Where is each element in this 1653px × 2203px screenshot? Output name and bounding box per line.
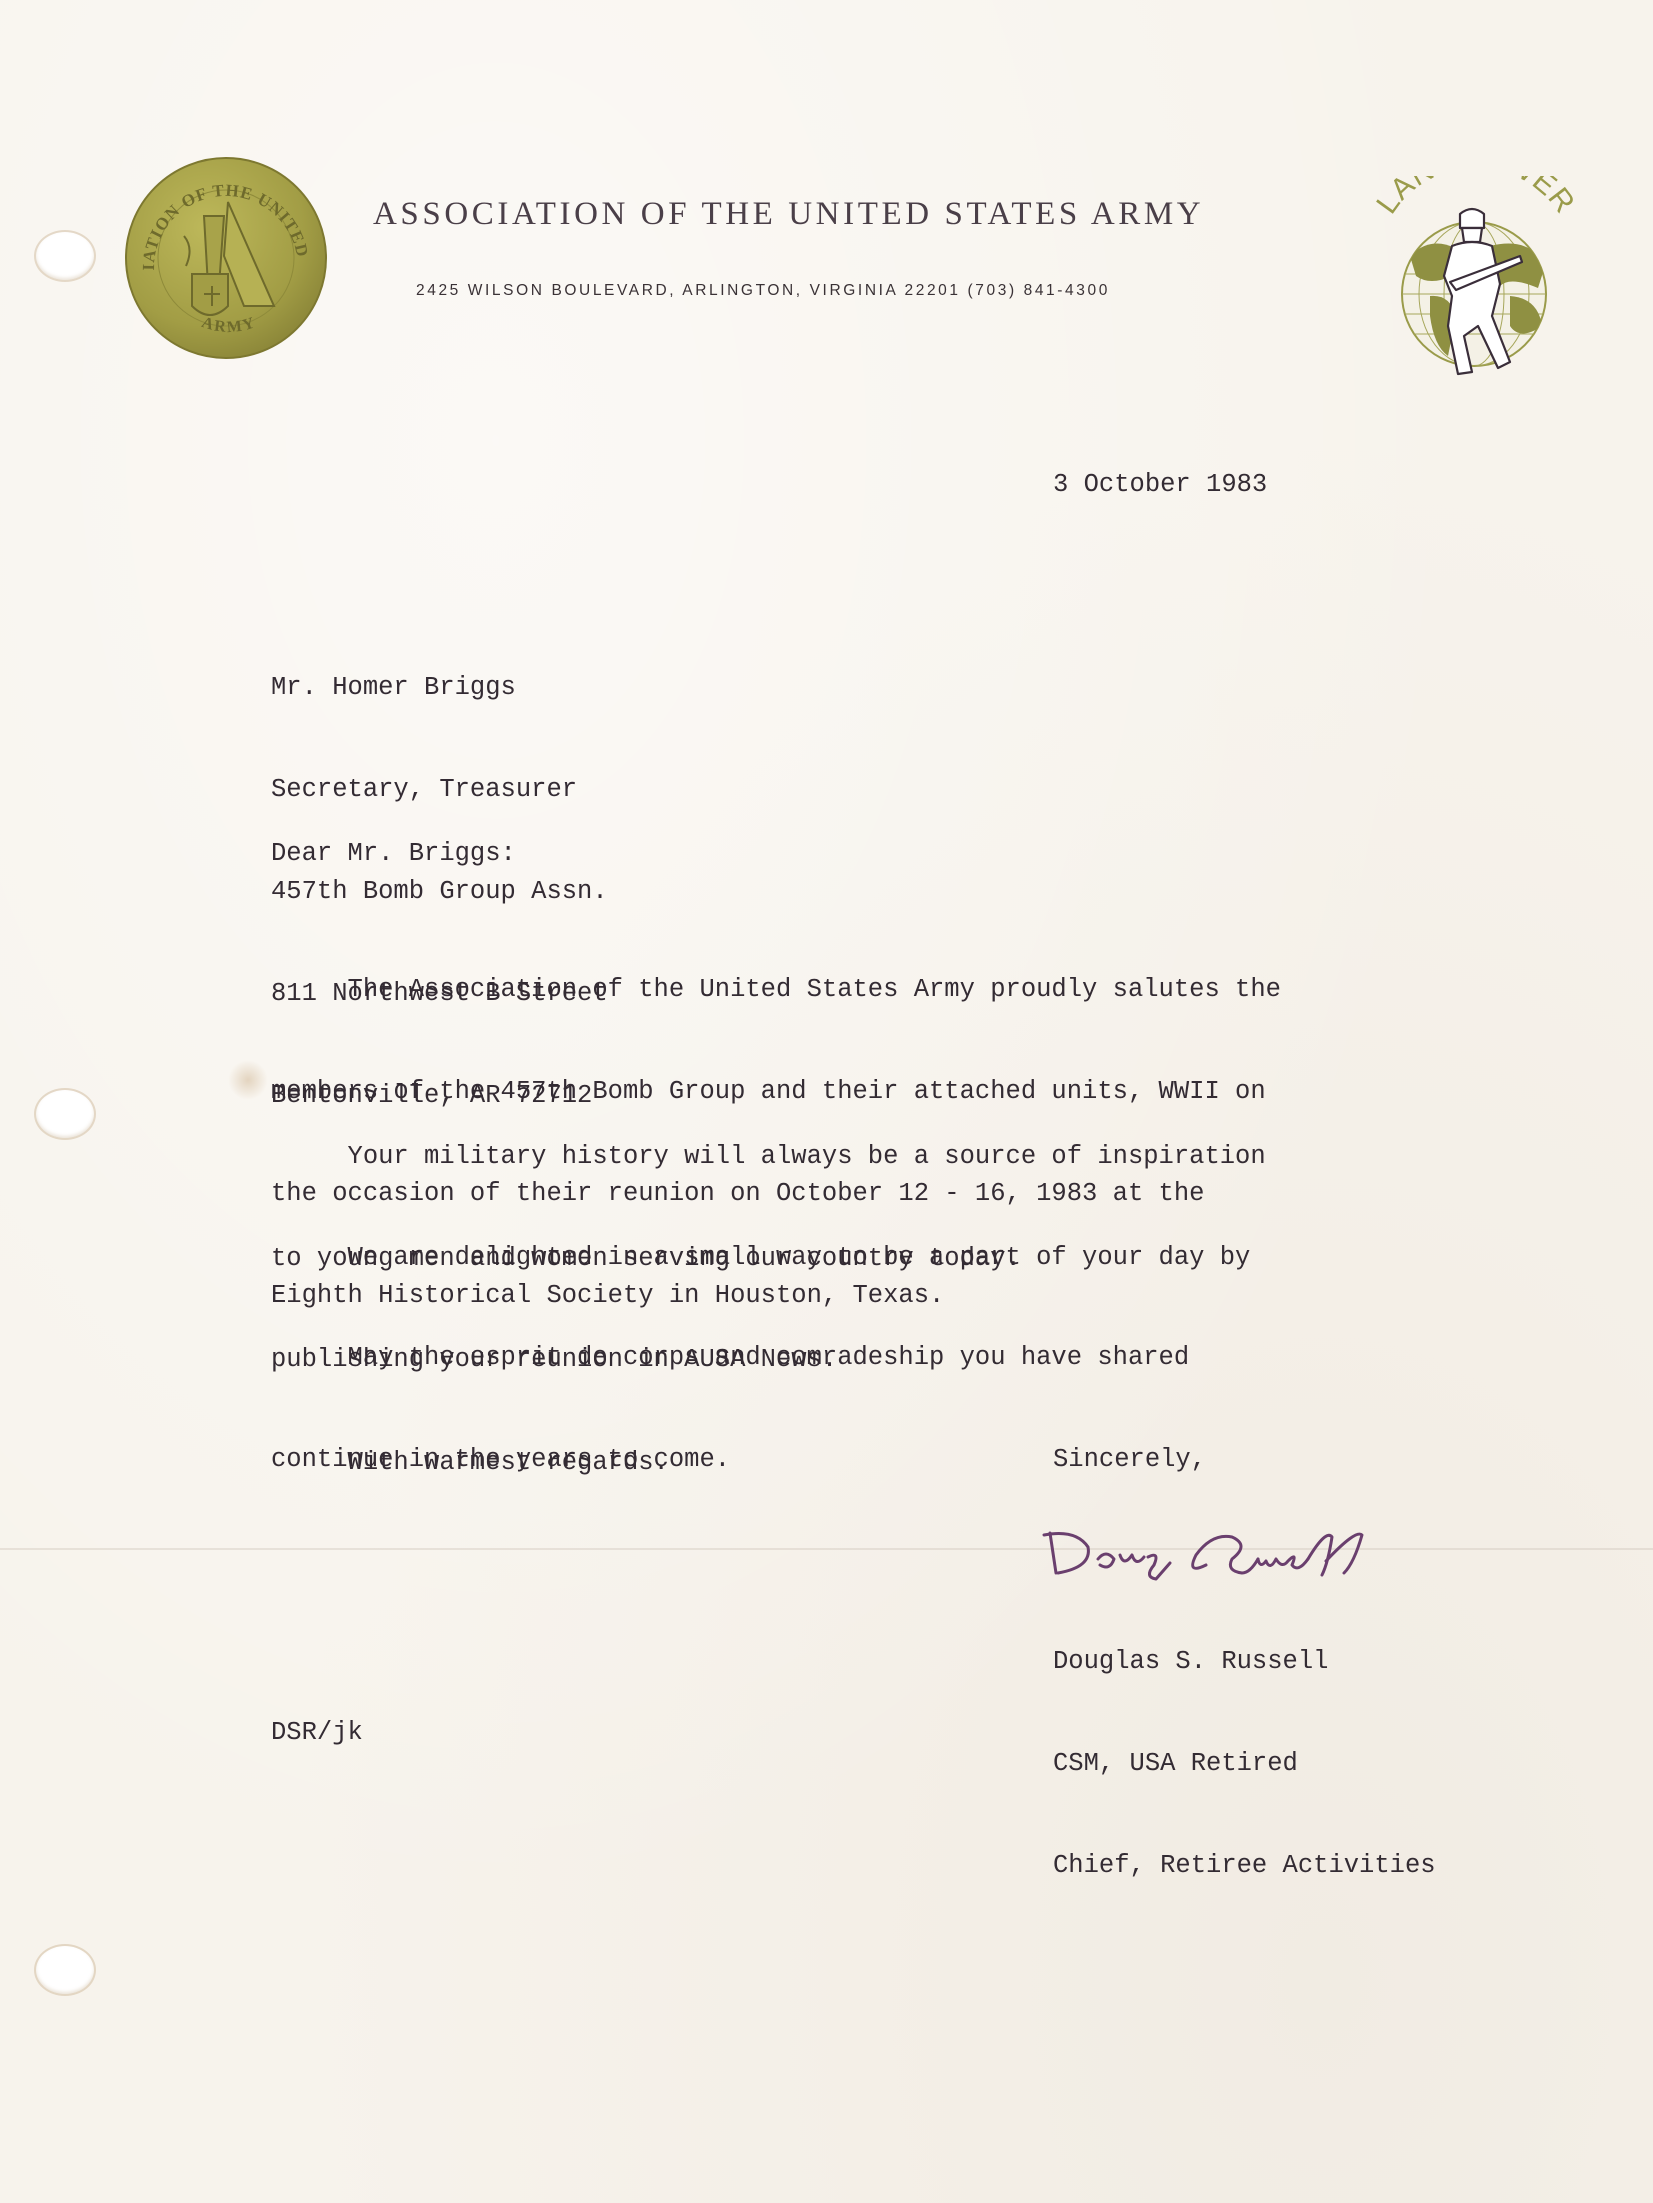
paragraph-line: With warmest regards. (271, 1446, 669, 1480)
punch-hole-middle (36, 1090, 94, 1138)
ausa-seal-icon: ASSOCIATION OF THE UNITED STATES ARMY (124, 156, 328, 360)
signer-title: Chief, Retiree Activities (1053, 1849, 1436, 1883)
reference-initials: DSR/jk (271, 1716, 363, 1750)
recipient-name: Mr. Homer Briggs (271, 671, 608, 705)
paper-stain (228, 1060, 268, 1100)
signer-name: Douglas S. Russell (1053, 1645, 1436, 1679)
signer-block: Douglas S. Russell CSM, USA Retired Chie… (1053, 1577, 1436, 1917)
paragraph-line: May the esprit de corps and comradeship … (271, 1341, 1189, 1375)
recipient-title: Secretary, Treasurer (271, 773, 608, 807)
recipient-organization: 457th Bomb Group Assn. (271, 875, 608, 909)
paragraph-line: Your military history will always be a s… (271, 1140, 1266, 1174)
paper-fold-line (0, 1548, 1653, 1550)
signer-rank: CSM, USA Retired (1053, 1747, 1436, 1781)
body-paragraph-5: With warmest regards. (271, 1378, 669, 1514)
paragraph-line: The Association of the United States Arm… (271, 973, 1281, 1007)
punch-hole-bottom (36, 1946, 94, 1994)
letter-date: 3 October 1983 (1053, 468, 1267, 502)
closing: Sincerely, (1053, 1443, 1206, 1477)
organization-name: ASSOCIATION OF THE UNITED STATES ARMY (373, 196, 1328, 233)
organization-address: 2425 WILSON BOULEVARD, ARLINGTON, VIRGIN… (416, 282, 1110, 300)
salutation: Dear Mr. Briggs: (271, 837, 516, 871)
paragraph-line: We are delighted in a small way to be a … (271, 1241, 1250, 1275)
punch-hole-top (36, 232, 94, 280)
landpower-logo-icon: LANDPOWER (1360, 176, 1590, 386)
